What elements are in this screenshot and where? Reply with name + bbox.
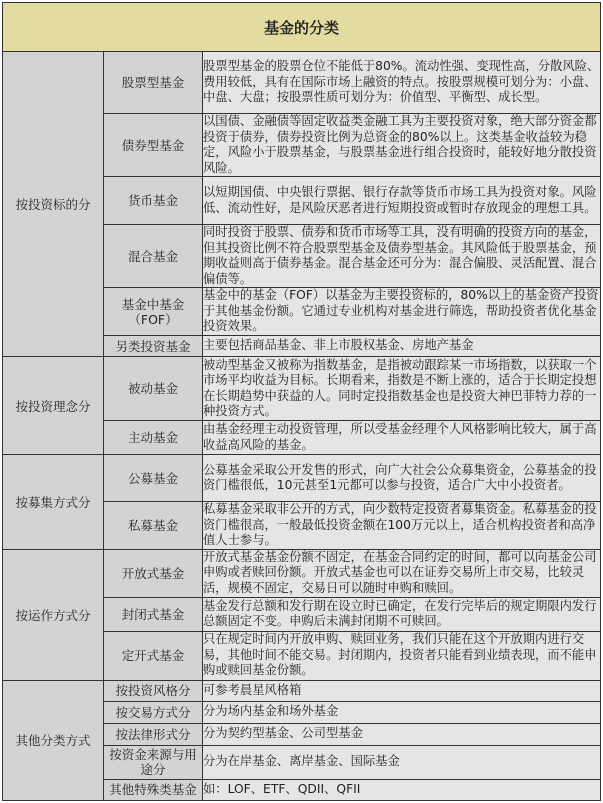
description-cell: 如：LOF、ETF、QDII、QFII: [203, 779, 601, 800]
description-cell: 以短期国债、中央银行票据、银行存款等货币市场工具为投资对象。风险低、流动性好，是…: [203, 177, 601, 225]
description-cell: 股票型基金的股票仓位不能低于80%。流动性强、变现性高，分散风险、费用较低，具有…: [203, 52, 601, 114]
description-cell: 基金发行总额和发行期在设立时已确定，在发行完毕后的规定期限内发行总额固定不变。申…: [203, 597, 601, 631]
description-cell: 私募基金采取非公开的方式，向少数特定投资者募集资金。私募基金的投资门槛很高，一般…: [203, 502, 601, 550]
fund-type-cell: 开放式基金: [104, 549, 203, 597]
table-row: 按投资理念分 被动基金 被动型基金又被称为指数基金，是指被动跟踪某一市场指数，以…: [3, 357, 601, 421]
description-cell: 分为契约型基金、公司型基金: [203, 723, 601, 745]
category-cell: 其他分类方式: [3, 680, 104, 800]
category-cell: 按投资理念分: [3, 357, 104, 455]
table-row: 按投资标的分 股票型基金 股票型基金的股票仓位不能低于80%。流动性强、变现性高…: [3, 52, 601, 114]
title-row: 基金的分类: [3, 3, 601, 52]
description-cell: 开放式基金基金份额不固定，在基金合同约定的时间，都可以向基金公司申购或者赎回份额…: [203, 549, 601, 597]
fund-classification-table: 基金的分类 按投资标的分 股票型基金 股票型基金的股票仓位不能低于80%。流动性…: [2, 2, 601, 801]
description-cell: 被动型基金又被称为指数基金，是指被动跟踪某一市场指数，以获取一个市场平均收益为目…: [203, 357, 601, 421]
description-cell: 由基金经理主动投资管理，所以受基金经理个人风格影响比较大，属于高收益高风险的基金…: [203, 421, 601, 455]
fund-type-cell: 其他特殊类基金: [104, 779, 203, 800]
fund-type-cell: 股票型基金: [104, 52, 203, 114]
table-row: 按募集方式分 公募基金 公募基金采取公开发售的形式，向广大社会公众募集资金，公募…: [3, 455, 601, 502]
description-cell: 主要包括商品基金、非上市股权基金、房地产基金: [203, 336, 601, 357]
description-cell: 只在规定时间内开放申购、赎回业务，我们只能在这个开放期内进行交易，其他时间不能交…: [203, 631, 601, 680]
category-cell: 按募集方式分: [3, 455, 104, 550]
table-title: 基金的分类: [3, 3, 601, 52]
fund-type-cell: 公募基金: [104, 455, 203, 502]
fund-type-cell: 按法律形式分: [104, 723, 203, 745]
description-cell: 以国债、金融债等固定收益类金融工具为主要投资对象，绝大部分资金都投资于债券，债券…: [203, 114, 601, 177]
description-cell: 分为场内基金和场外基金: [203, 701, 601, 723]
fund-type-cell: 货币基金: [104, 177, 203, 225]
fund-type-cell: 另类投资基金: [104, 336, 203, 357]
description-cell: 可参考晨星风格箱: [203, 680, 601, 701]
category-cell: 按运作方式分: [3, 549, 104, 680]
category-cell: 按投资标的分: [3, 52, 104, 357]
table-row: 其他分类方式 按投资风格分 可参考晨星风格箱: [3, 680, 601, 701]
fund-type-cell: 私募基金: [104, 502, 203, 550]
fund-type-cell: 封闭式基金: [104, 597, 203, 631]
fund-type-cell: 债券型基金: [104, 114, 203, 177]
fund-type-cell: 按投资风格分: [104, 680, 203, 701]
table-row: 按运作方式分 开放式基金 开放式基金基金份额不固定，在基金合同约定的时间，都可以…: [3, 549, 601, 597]
description-cell: 基金中的基金（FOF）以基金为主要投资标的，80%以上的基金资产投资于其他基金份…: [203, 288, 601, 336]
fund-type-cell: 定开式基金: [104, 631, 203, 680]
description-cell: 公募基金采取公开发售的形式，向广大社会公众募集资金，公募基金的投资门槛很低，10…: [203, 455, 601, 502]
description-cell: 分为在岸基金、离岸基金、国际基金: [203, 745, 601, 779]
description-cell: 同时投资于股票、债券和货币市场等工具，没有明确的投资方向的基金，但其投资比例不符…: [203, 225, 601, 288]
fund-type-cell: 混合基金: [104, 225, 203, 288]
fund-type-cell: 被动基金: [104, 357, 203, 421]
fund-type-cell: 按资金来源与用途分: [104, 745, 203, 779]
fund-type-cell: 基金中基金（FOF）: [104, 288, 203, 336]
fund-type-cell: 主动基金: [104, 421, 203, 455]
fund-type-cell: 按交易方式分: [104, 701, 203, 723]
